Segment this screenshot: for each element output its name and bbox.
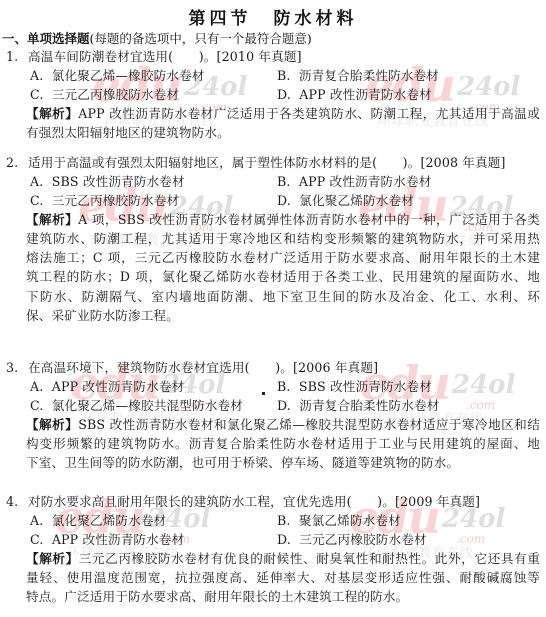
question-text: 对防水要求高且耐用年限长的建筑防水工程，宜优先选用( )。[2009 年真题] (28, 494, 480, 509)
option-label: B. (277, 513, 291, 528)
question-number: 4. (6, 492, 28, 511)
option-label: B. (277, 174, 291, 189)
option-d: D. 三元乙丙橡胶防水卷材 (277, 530, 427, 549)
option-label: D. (277, 193, 291, 208)
option-label: A. (30, 68, 43, 83)
option-text: 氯化聚乙烯防水卷材 (299, 193, 414, 208)
option-c: C. 三元乙丙橡胶防水卷材 (30, 85, 179, 104)
option-b: B. 沥青复合胎柔性防水卷材 (277, 66, 439, 85)
option-label: C. (30, 87, 44, 102)
analysis-line: 量轻、使用温度范围宽，抗拉强度高、延伸率大、对基层变形适应性强、耐酸碱腐蚀等 (26, 568, 540, 587)
option-text: APP 改性沥青防水卷材 (299, 174, 432, 189)
analysis-text: A 项，SBS 改性沥青防水卷材属弹性体沥青防水卷材中的一种，广泛适用于各类 (78, 212, 540, 227)
option-b: B. SBS 改性沥青防水卷材 (277, 377, 432, 396)
option-b: B. APP 改性沥青防水卷材 (277, 172, 431, 191)
option-label: B. (277, 68, 291, 83)
question-text: 在高温环境下，建筑物防水卷材宜选用( )。[2006 年真题] (28, 360, 378, 375)
option-a: A. 氯化聚乙烯—橡胶防水卷材 (30, 66, 205, 85)
title-section-number: 第四节 (189, 9, 252, 29)
analysis-line: 【解析】三元乙丙橡胶防水卷材有优良的耐候性、耐臭氧性和耐热性。此外，它还具有重 (26, 549, 540, 568)
question-stem: 3.在高温环境下，建筑物防水卷材宜选用( )。[2006 年真题] (6, 358, 378, 377)
watermark-com-text: .com (456, 532, 485, 546)
question-stem: 2.适用于高温或有强烈太阳辐射地区，属于塑性体防水材料的是( )。[2008 年… (6, 153, 506, 172)
option-text: 氯化聚乙烯—橡胶防水卷材 (52, 68, 205, 83)
option-text: 氯化聚乙烯防水卷材 (52, 513, 167, 528)
analysis-text: SBS 改性沥青防水卷材和氯化聚乙烯—橡胶共混型防水卷材适应于寒冷地区和结 (78, 417, 540, 432)
analysis-tag: 【解析】 (26, 212, 78, 227)
analysis-tag: 【解析】 (26, 551, 79, 566)
analysis-line: 【解析】APP 改性沥青防水卷材广泛适用于各类建筑防水、防潮工程，尤其适用于高温… (26, 104, 540, 123)
analysis-line: 特点。广泛适用于防水要求高、耐用年限长的土木建筑工程的防水。 (26, 587, 540, 606)
option-d: D. APP 改性沥青防水卷材 (277, 85, 432, 104)
option-text: 三元乙丙橡胶防水卷材 (52, 193, 179, 208)
watermark-24ol-text: 24ol (457, 72, 520, 102)
option-c: C. 氯化聚乙烯—橡胶共混型防水卷材 (30, 396, 243, 415)
stray-dot (262, 392, 265, 395)
question-text: 适用于高温或有强烈太阳辐射地区，属于塑性体防水材料的是( )。[2008 年真题… (28, 155, 506, 170)
analysis-tag: 【解析】 (26, 417, 78, 432)
analysis-line: 【解析】A 项，SBS 改性沥青防水卷材属弹性体沥青防水卷材中的一种，广泛适用于… (26, 210, 540, 229)
option-text: 三元乙丙橡胶防水卷材 (52, 87, 179, 102)
analysis-line: 熔法施工；C 项，三元乙丙橡胶防水卷材广泛适用于防水要求高、耐用年限长的土木建 (26, 248, 540, 267)
question-stem: 4.对防水要求高且耐用年限长的建筑防水工程，宜优先选用( )。[2009 年真题… (6, 492, 480, 511)
question-stem: 1.高温车间防潮卷材宜选用( )。[2010 年真题] (6, 47, 302, 66)
analysis-line: 筑工程的防水；D 项，氯化聚乙烯防水卷材适用于各类工业、民用建筑的屋面防水、地 (26, 267, 540, 286)
page-title: 第四节防水材料 (0, 4, 546, 29)
title-topic: 防水材料 (274, 9, 358, 29)
option-label: D. (277, 87, 291, 102)
option-text: 聚氯乙烯防水卷材 (299, 513, 401, 528)
option-d: D. 沥青复合胎柔性防水卷材 (277, 396, 439, 415)
analysis-line: 【解析】SBS 改性沥青防水卷材和氯化聚乙烯—橡胶共混型防水卷材适应于寒冷地区和… (26, 415, 540, 434)
section-heading-label: 一、单项选择题 (2, 31, 90, 46)
analysis-line: 建筑防水、防潮工程，尤其适用于寒冷地区和结构变形频繁的建筑物防水，并可采用热 (26, 229, 540, 248)
section-heading-note: (每题的备选项中，只有一个最符合题意) (90, 31, 312, 46)
option-text: 沥青复合胎柔性防水卷材 (299, 68, 439, 83)
analysis-line: 构变形频繁的建筑物防水。沥青复合胎柔性防水卷材适用于工业与民用建筑的屋面、地 (26, 434, 540, 453)
question-text: 高温车间防潮卷材宜选用( )。[2010 年真题] (28, 49, 302, 64)
option-c: C. APP 改性沥青防水卷材 (30, 530, 184, 549)
option-label: D. (277, 532, 291, 547)
analysis-text: 三元乙丙橡胶防水卷材有优良的耐候性、耐臭氧性和耐热性。此外，它还具有重 (79, 551, 540, 566)
option-d: D. 氯化聚乙烯防水卷材 (277, 191, 414, 210)
option-label: A. (30, 513, 43, 528)
watermark-24ol-text: 24ol (452, 370, 515, 400)
analysis-text: APP 改性沥青防水卷材广泛适用于各类建筑防水、防潮工程，尤其适用于高温或 (78, 106, 540, 121)
analysis-line: 有强烈太阳辐射地区的建筑物防水。 (26, 123, 540, 142)
option-label: A. (30, 174, 43, 189)
question-number: 2. (6, 153, 28, 172)
option-text: 氯化聚乙烯—橡胶共混型防水卷材 (52, 398, 243, 413)
option-text: APP 改性沥青防水卷材 (52, 379, 185, 394)
option-text: 沥青复合胎柔性防水卷材 (299, 398, 439, 413)
watermark-com-text: .com (466, 398, 495, 412)
option-text: SBS 改性沥青防水卷材 (299, 379, 432, 394)
analysis-tag: 【解析】 (26, 106, 78, 121)
option-label: C. (30, 398, 44, 413)
option-text: APP 改性沥青防水卷材 (52, 532, 185, 547)
option-label: C. (30, 532, 44, 547)
option-text: 三元乙丙橡胶防水卷材 (299, 532, 426, 547)
option-c: C. 三元乙丙橡胶防水卷材 (30, 191, 179, 210)
option-a: A. 氯化聚乙烯防水卷材 (30, 511, 166, 530)
section-heading: 一、单项选择题(每题的备选项中，只有一个最符合题意) (2, 29, 312, 47)
option-label: A. (30, 379, 43, 394)
analysis-line: 保、采矿业防水防渗工程。 (26, 306, 540, 325)
option-text: SBS 改性沥青防水卷材 (52, 174, 185, 189)
option-label: D. (277, 398, 291, 413)
option-text: APP 改性沥青防水卷材 (299, 87, 432, 102)
option-label: C. (30, 193, 44, 208)
option-a: A. SBS 改性沥青防水卷材 (30, 172, 185, 191)
option-label: B. (277, 379, 291, 394)
analysis-line: 下防水、防潮隔气、室内墙地面防潮、地下室卫生间的防水及冶金、化工、水利、环 (26, 287, 540, 306)
question-number: 3. (6, 358, 28, 377)
option-b: B. 聚氯乙烯防水卷材 (277, 511, 401, 530)
analysis-line: 下室、卫生间等的防水防潮，也可用于桥梁、停车场、隧道等建筑物的防水。 (26, 453, 540, 472)
question-number: 1. (6, 47, 28, 66)
option-a: A. APP 改性沥青防水卷材 (30, 377, 184, 396)
